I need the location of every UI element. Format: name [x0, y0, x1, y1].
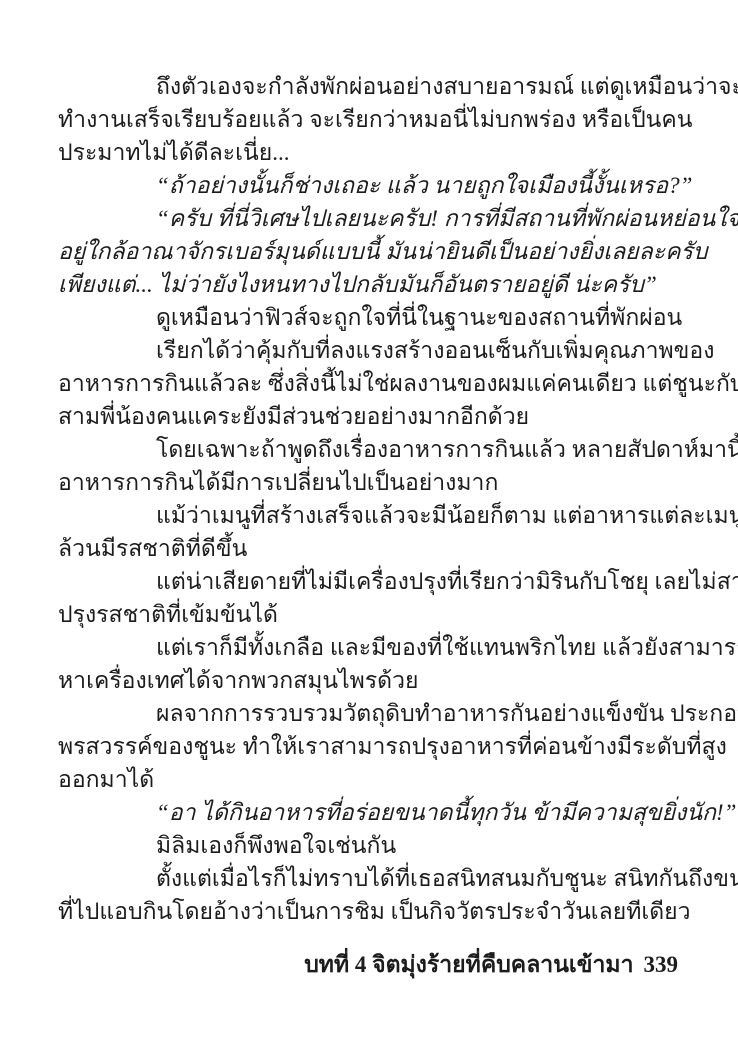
- paragraph: ดูเหมือนว่าฟิวส์จะถูกใจที่นี่ในฐานะของสถ…: [58, 301, 680, 334]
- paragraph: โดยเฉพาะถ้าพูดถึงเรื่องอาหารการกินแล้ว ห…: [58, 433, 680, 499]
- text-line: ที่ไปแอบกินโดยอ้างว่าเป็นการชิม เป็นกิจว…: [58, 895, 680, 928]
- page-number: 339: [644, 952, 679, 977]
- text-line: ดูเหมือนว่าฟิวส์จะถูกใจที่นี่ในฐานะของสถ…: [58, 301, 680, 334]
- text-line: โดยเฉพาะถ้าพูดถึงเรื่องอาหารการกินแล้ว ห…: [58, 433, 680, 466]
- text-line: ประมาทไม่ได้ดีละเนี่ย...: [58, 136, 680, 169]
- paragraph: แต่เราก็มีทั้งเกลือ และมีของที่ใช้แทนพริ…: [58, 631, 680, 697]
- paragraph: ผลจากการรวบรวมวัตถุดิบทำอาหารกันอย่างแข็…: [58, 697, 680, 796]
- page-body: ถึงตัวเองจะกำลังพักผ่อนอย่างสบายอารมณ์ แ…: [58, 70, 680, 928]
- paragraph: แต่น่าเสียดายที่ไม่มีเครื่องปรุงที่เรียก…: [58, 565, 680, 631]
- text-line: มิลิมเองก็พึงพอใจเช่นกัน: [58, 829, 680, 862]
- chapter-label: บทที่ 4 จิตมุ่งร้ายที่คืบคลานเข้ามา: [304, 952, 633, 977]
- text-line: “ถ้าอย่างนั้นก็ช่างเถอะ แล้ว นายถูกใจเมื…: [58, 169, 680, 202]
- page: ถึงตัวเองจะกำลังพักผ่อนอย่างสบายอารมณ์ แ…: [0, 0, 738, 1051]
- text-line: เพียงแต่... ไม่ว่ายังไงหนทางไปกลับมันก็อ…: [58, 268, 680, 301]
- text-line: ถึงตัวเองจะกำลังพักผ่อนอย่างสบายอารมณ์ แ…: [58, 70, 680, 103]
- text-line: อาหารการกินแล้วละ ซึ่งสิ่งนี้ไม่ใช่ผลงาน…: [58, 367, 680, 400]
- text-line: ผลจากการรวบรวมวัตถุดิบทำอาหารกันอย่างแข็…: [58, 697, 680, 730]
- text-line: หาเครื่องเทศได้จากพวกสมุนไพรด้วย: [58, 664, 680, 697]
- paragraph: มิลิมเองก็พึงพอใจเช่นกัน: [58, 829, 680, 862]
- text-line: ออกมาได้: [58, 763, 680, 796]
- text-line: สามพี่น้องคนแคระยังมีส่วนช่วยอย่างมากอีก…: [58, 400, 680, 433]
- text-line: “ครับ ที่นี่วิเศษไปเลยนะครับ! การที่มีสถ…: [58, 202, 680, 235]
- text-line: ปรุงรสชาติที่เข้มข้นได้: [58, 598, 680, 631]
- text-line: อาหารการกินได้มีการเปลี่ยนไปเป็นอย่างมาก: [58, 466, 680, 499]
- paragraph: “อา ได้กินอาหารที่อร่อยขนาดนี้ทุกวัน ข้า…: [58, 796, 680, 829]
- page-footer: บทที่ 4 จิตมุ่งร้ายที่คืบคลานเข้ามา339: [304, 948, 678, 981]
- paragraph: เรียกได้ว่าคุ้มกับที่ลงแรงสร้างออนเซ็นกั…: [58, 334, 680, 433]
- text-line: “อา ได้กินอาหารที่อร่อยขนาดนี้ทุกวัน ข้า…: [58, 796, 680, 829]
- text-line: ล้วนมีรสชาติที่ดีขึ้น: [58, 532, 680, 565]
- text-line: แต่เราก็มีทั้งเกลือ และมีของที่ใช้แทนพริ…: [58, 631, 680, 664]
- text-line: ตั้งแต่เมื่อไรก็ไม่ทราบได้ที่เธอสนิทสนมก…: [58, 862, 680, 895]
- text-line: พรสวรรค์ของชูนะ ทำให้เราสามารถปรุงอาหารท…: [58, 730, 680, 763]
- text-line: แม้ว่าเมนูที่สร้างเสร็จแล้วจะมีน้อยก็ตาม…: [58, 499, 680, 532]
- paragraph: ตั้งแต่เมื่อไรก็ไม่ทราบได้ที่เธอสนิทสนมก…: [58, 862, 680, 928]
- paragraph: “ถ้าอย่างนั้นก็ช่างเถอะ แล้ว นายถูกใจเมื…: [58, 169, 680, 202]
- paragraph: แม้ว่าเมนูที่สร้างเสร็จแล้วจะมีน้อยก็ตาม…: [58, 499, 680, 565]
- paragraph: ถึงตัวเองจะกำลังพักผ่อนอย่างสบายอารมณ์ แ…: [58, 70, 680, 169]
- text-line: เรียกได้ว่าคุ้มกับที่ลงแรงสร้างออนเซ็นกั…: [58, 334, 680, 367]
- text-line: แต่น่าเสียดายที่ไม่มีเครื่องปรุงที่เรียก…: [58, 565, 680, 598]
- paragraph: “ครับ ที่นี่วิเศษไปเลยนะครับ! การที่มีสถ…: [58, 202, 680, 301]
- text-line: อยู่ใกล้อาณาจักรเบอร์มุนด์แบบนี้ มันน่าย…: [58, 235, 680, 268]
- text-line: ทำงานเสร็จเรียบร้อยแล้ว จะเรียกว่าหมอนี่…: [58, 103, 680, 136]
